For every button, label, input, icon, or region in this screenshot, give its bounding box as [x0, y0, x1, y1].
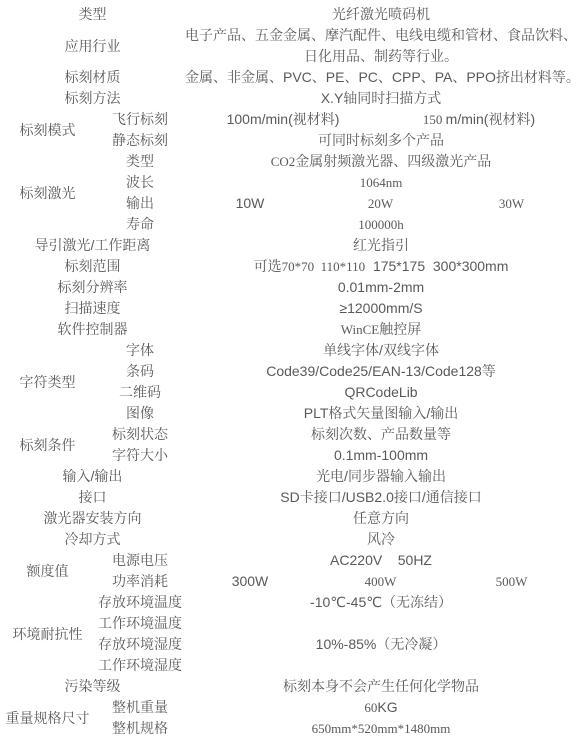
- value-segment: -10℃-45℃（无冻结）: [310, 594, 452, 610]
- spec-value: [185, 613, 577, 634]
- table-row: 标刻方法X.Y轴同时扫描方式: [0, 88, 577, 109]
- spec-sub-label: 输出: [95, 193, 185, 214]
- table-row: 标刻材质金属、非金属、PVC、PE、PC、CPP、PA、PPO挤出材料等。: [0, 67, 577, 88]
- spec-sub-label: 存放环境湿度: [95, 634, 185, 655]
- spec-sub-label: 飞行标刻: [95, 109, 185, 130]
- spec-label: 冷却方式: [0, 529, 185, 550]
- spec-value: 650mm*520mm*1480mm: [185, 718, 577, 739]
- value-segment: 30W: [499, 196, 524, 211]
- table-row: 额度值电源电压AC220V 50HZ: [0, 550, 577, 571]
- spec-sub-label: 功率消耗: [95, 571, 185, 592]
- value-segment: 单线字体/双线字体: [323, 342, 439, 358]
- spec-sub-label: 静态标刻: [95, 130, 185, 151]
- spec-value: AC220V 50HZ: [185, 550, 577, 571]
- spec-group-label: 标刻激光: [0, 151, 95, 235]
- spec-sub-label: 整机规格: [95, 718, 185, 739]
- table-row: 标刻模式飞行标刻100m/min(视材料)150 m/min(视材料): [0, 109, 577, 130]
- value-segment: PLT格式矢量图输入/输出: [304, 405, 459, 421]
- value-segment: 10W: [236, 195, 265, 211]
- spec-value: 红光指引: [185, 235, 577, 256]
- spec-value: X.Y轴同时扫描方式: [185, 88, 577, 109]
- value-segment: SD卡接口/USB2.0接口/通信接口: [280, 489, 481, 505]
- spec-value: SD卡接口/USB2.0接口/通信接口: [185, 487, 577, 508]
- spec-group-label: 重量规格尺寸: [0, 697, 95, 739]
- spec-value: 光纤激光喷码机: [185, 4, 577, 25]
- spec-sub-label: 寿命: [95, 214, 185, 235]
- table-row: 输入/输出光电/同步器输入输出: [0, 466, 577, 487]
- table-row: 标刻范围可选70*70 110*110 175*175 300*300mm: [0, 256, 577, 277]
- table-row: 冷却方式风冷: [0, 529, 577, 550]
- table-row: 标刻激光类型CO2金属射频激光器、四级激光产品: [0, 151, 577, 172]
- table-row: 环境耐抗性存放环境温度-10℃-45℃（无冻结）: [0, 592, 577, 613]
- value-segment: 175*175 300*300mm: [365, 258, 508, 274]
- spec-sub-label: 字符大小: [95, 445, 185, 466]
- spec-label: 应用行业: [0, 25, 185, 67]
- table-row: 软件控制器WinCE触控屏: [0, 319, 577, 340]
- value-segment: 150: [423, 112, 446, 127]
- value-segment: 1064nm: [360, 175, 403, 190]
- spec-value: [185, 655, 577, 676]
- spec-value: CO2金属射频激光器、四级激光产品: [185, 151, 577, 172]
- spec-value: 金属、非金属、PVC、PE、PC、CPP、PA、PPO挤出材料等。: [185, 67, 577, 88]
- value-segment: 金属、非金属、PVC、PE、PC、CPP、PA、PPO挤出材料等。: [185, 69, 577, 85]
- spec-group-label: 标刻模式: [0, 109, 95, 151]
- spec-value: 100000h: [185, 214, 577, 235]
- spec-label: 类型: [0, 4, 185, 25]
- value-segment: ≥12000mm/S: [339, 300, 422, 316]
- spec-value: 300W: [185, 571, 315, 592]
- value-segment: 红光指引: [353, 237, 409, 253]
- table-row: 导引激光/工作距离红光指引: [0, 235, 577, 256]
- value-segment: 风冷: [367, 531, 395, 547]
- spec-value: -10℃-45℃（无冻结）: [185, 592, 577, 613]
- value-segment: 光电/同步器输入输出: [316, 468, 446, 484]
- spec-sub-label: 条码: [95, 361, 185, 382]
- spec-value: 60KG: [185, 697, 577, 718]
- spec-sub-label: 二维码: [95, 382, 185, 403]
- spec-value: 光电/同步器输入输出: [185, 466, 577, 487]
- spec-label: 标刻范围: [0, 256, 185, 277]
- value-segment: 10%-85%（无冷凝）: [316, 636, 447, 652]
- spec-value: 400W: [315, 571, 446, 592]
- spec-label: 标刻材质: [0, 67, 185, 88]
- spec-label: 输入/输出: [0, 466, 185, 487]
- table-row: 类型光纤激光喷码机: [0, 4, 577, 25]
- spec-sub-label: 工作环境温度: [95, 613, 185, 634]
- spec-value: 风冷: [185, 529, 577, 550]
- value-segment: 标刻本身不会产生任何化学物品: [283, 678, 479, 694]
- spec-label: 接口: [0, 487, 185, 508]
- spec-value: QRCodeLib: [185, 382, 577, 403]
- table-row: 接口SD卡接口/USB2.0接口/通信接口: [0, 487, 577, 508]
- spec-sub-label: 图像: [95, 403, 185, 424]
- spec-value: 500W: [446, 571, 577, 592]
- spec-label: 软件控制器: [0, 319, 185, 340]
- value-segment: WinCE: [341, 322, 379, 337]
- value-segment: 金属射频激光器、四级激光产品: [295, 153, 491, 169]
- value-segment: 0.01mm-2mm: [338, 279, 424, 295]
- table-row: 激光器安装方向任意方向: [0, 508, 577, 529]
- spec-value: 10W: [185, 193, 315, 214]
- value-segment: 标刻次数、产品数量等: [311, 426, 451, 442]
- value-segment: m/min(视材料): [446, 111, 535, 127]
- table-row: 重量规格尺寸整机重量60KG: [0, 697, 577, 718]
- table-row: 标刻分辨率0.01mm-2mm: [0, 277, 577, 298]
- spec-group-label: 环境耐抗性: [0, 592, 95, 676]
- spec-table: 类型光纤激光喷码机应用行业电子产品、五金金属、摩汽配件、电线电缆和管材、食品饮料…: [0, 4, 577, 739]
- spec-value: 150 m/min(视材料): [381, 109, 577, 130]
- table-row: 应用行业电子产品、五金金属、摩汽配件、电线电缆和管材、食品饮料、日化用品、制药等…: [0, 25, 577, 67]
- spec-value: 标刻次数、产品数量等: [185, 424, 577, 445]
- value-segment: 触控屏: [379, 321, 421, 337]
- spec-sub-label: 类型: [95, 151, 185, 172]
- table-row: 标刻条件标刻状态标刻次数、产品数量等: [0, 424, 577, 445]
- spec-group-label: 额度值: [0, 550, 95, 592]
- value-segment: 可同时标刻多个产品: [318, 132, 444, 148]
- spec-sub-label: 工作环境湿度: [95, 655, 185, 676]
- spec-value: 20W: [315, 193, 446, 214]
- spec-value: Code39/Code25/EAN-13/Code128等: [185, 361, 577, 382]
- value-segment: 20W: [368, 196, 393, 211]
- value-segment: 70*70 110*110: [282, 259, 366, 274]
- value-segment: AC220V 50HZ: [330, 552, 432, 568]
- spec-label: 激光器安装方向: [0, 508, 185, 529]
- spec-sub-label: 整机重量: [95, 697, 185, 718]
- spec-label: 扫描速度: [0, 298, 185, 319]
- value-segment: 500W: [496, 574, 528, 589]
- spec-value: ≥12000mm/S: [185, 298, 577, 319]
- spec-sub-label: 标刻状态: [95, 424, 185, 445]
- spec-label: 导引激光/工作距离: [0, 235, 185, 256]
- table-row: 扫描速度≥12000mm/S: [0, 298, 577, 319]
- spec-value: 1064nm: [185, 172, 577, 193]
- spec-label: 标刻分辨率: [0, 277, 185, 298]
- value-segment: QRCodeLib: [344, 384, 417, 400]
- spec-value: 10%-85%（无冷凝）: [185, 634, 577, 655]
- spec-sub-label: 字体: [95, 340, 185, 361]
- spec-value: 30W: [446, 193, 577, 214]
- spec-value: 0.1mm-100mm: [185, 445, 577, 466]
- value-segment: 可选: [254, 258, 282, 274]
- spec-value: 电子产品、五金金属、摩汽配件、电线电缆和管材、食品饮料、日化用品、制药等行业。: [185, 25, 577, 67]
- value-segment: 60: [364, 700, 377, 715]
- value-segment: 电子产品、五金金属、摩汽配件、电线电缆和管材、食品饮料、日化用品、制药等行业。: [185, 27, 577, 64]
- value-segment: Code39/Code25/EAN-13/Code128等: [266, 363, 496, 379]
- spec-value: 0.01mm-2mm: [185, 277, 577, 298]
- spec-sub-label: 电源电压: [95, 550, 185, 571]
- value-segment: KG: [377, 699, 397, 715]
- spec-value: 标刻本身不会产生任何化学物品: [185, 676, 577, 697]
- spec-value: 任意方向: [185, 508, 577, 529]
- value-segment: 0.1mm-100mm: [334, 447, 428, 463]
- spec-value: 可选70*70 110*110 175*175 300*300mm: [185, 256, 577, 277]
- spec-table-body: 类型光纤激光喷码机应用行业电子产品、五金金属、摩汽配件、电线电缆和管材、食品饮料…: [0, 4, 577, 739]
- value-segment: 400W: [365, 574, 397, 589]
- spec-sheet: 类型光纤激光喷码机应用行业电子产品、五金金属、摩汽配件、电线电缆和管材、食品饮料…: [0, 4, 577, 739]
- spec-value: 可同时标刻多个产品: [185, 130, 577, 151]
- value-segment: 300W: [232, 573, 269, 589]
- table-row: 污染等级标刻本身不会产生任何化学物品: [0, 676, 577, 697]
- value-segment: CO2: [271, 154, 296, 169]
- spec-value: 100m/min(视材料): [185, 109, 381, 130]
- value-segment: 650mm*520mm*1480mm: [312, 721, 451, 736]
- value-segment: X.Y轴同时扫描方式: [321, 90, 442, 106]
- table-row: 字符类型字体单线字体/双线字体: [0, 340, 577, 361]
- spec-label: 污染等级: [0, 676, 185, 697]
- spec-value: WinCE触控屏: [185, 319, 577, 340]
- spec-group-label: 标刻条件: [0, 424, 95, 466]
- spec-sub-label: 存放环境温度: [95, 592, 185, 613]
- value-segment: 100m/min(视材料): [227, 111, 340, 127]
- spec-value: 单线字体/双线字体: [185, 340, 577, 361]
- spec-group-label: 字符类型: [0, 340, 95, 424]
- value-segment: 任意方向: [353, 510, 409, 526]
- value-segment: 光纤激光喷码机: [332, 6, 430, 22]
- spec-value: PLT格式矢量图输入/输出: [185, 403, 577, 424]
- spec-label: 标刻方法: [0, 88, 185, 109]
- spec-sub-label: 波长: [95, 172, 185, 193]
- value-segment: 100000h: [358, 217, 404, 232]
